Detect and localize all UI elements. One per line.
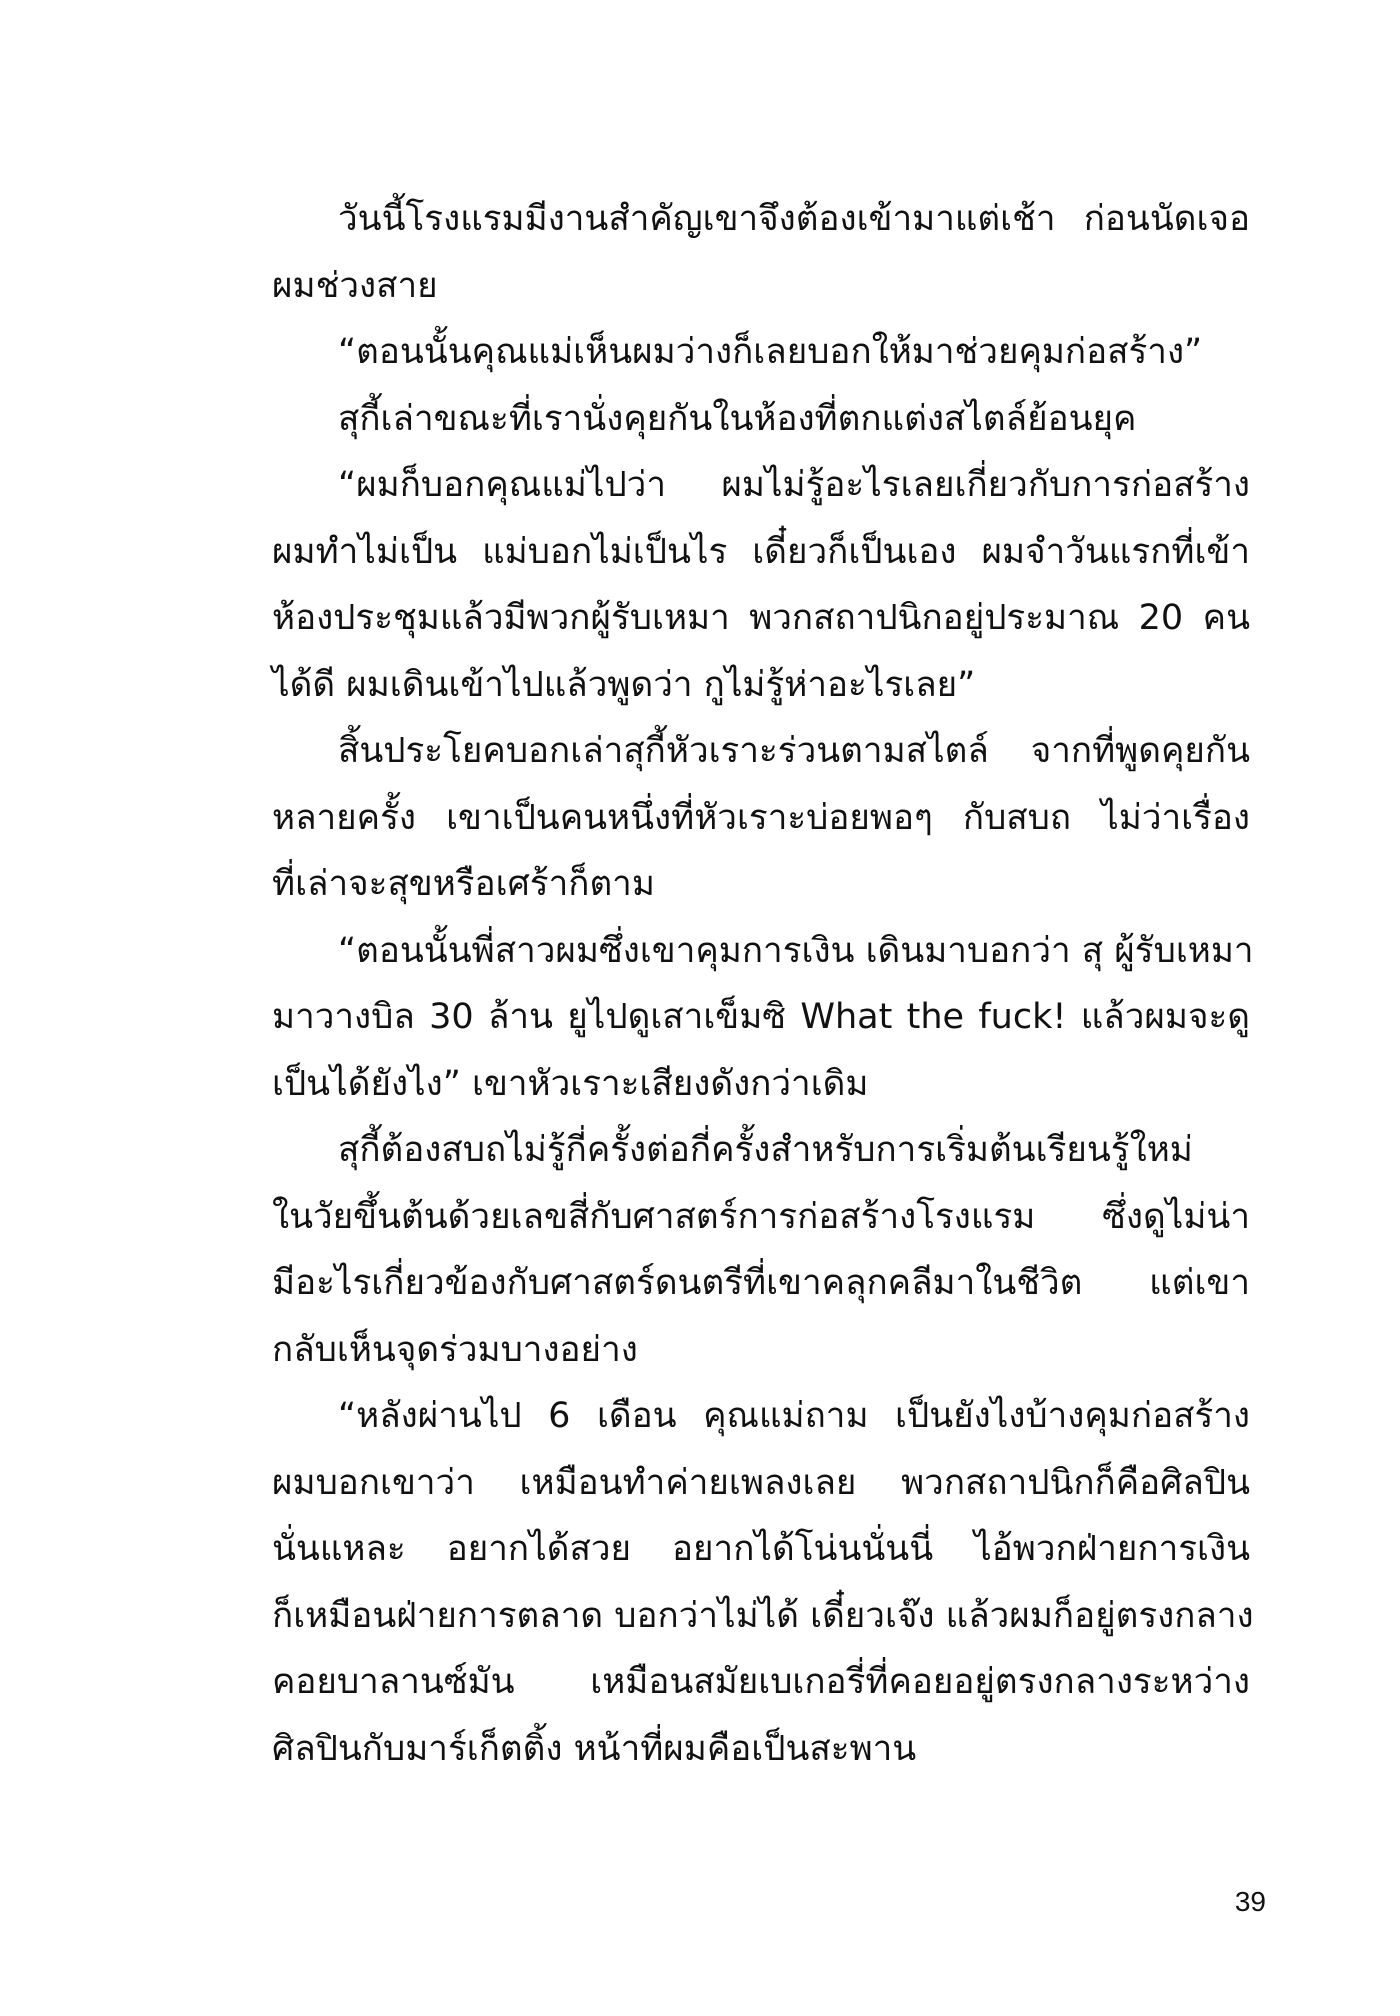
text-line: ได้ดี ผมเดินเข้าไปแล้วพูดว่า กูไม่รู้ห่า…	[272, 652, 1250, 719]
text-line: มีอะไรเกี่ยวข้องกับศาสตร์ดนตรีที่เขาคลุก…	[272, 1250, 1250, 1317]
page-number: 39	[1216, 1884, 1266, 1920]
text-line: ห้องประชุมแล้วมีพวกผู้รับเหมา พวกสถาปนิก…	[272, 585, 1250, 652]
book-page: วันนี้โรงแรมมีงานสำคัญเขาจึงต้องเข้ามาแต…	[0, 0, 1400, 2016]
text-line: ผมช่วงสาย	[272, 253, 1250, 320]
text-line: ศิลปินกับมาร์เก็ตติ้ง หน้าที่ผมคือเป็นสะ…	[272, 1716, 1250, 1783]
text-line: “ผมก็บอกคุณแม่ไปว่า ผมไม่รู้อะไรเลยเกี่ย…	[272, 452, 1250, 519]
text-line: สุกี้ต้องสบถไม่รู้กี่ครั้งต่อกี่ครั้งสำห…	[272, 1117, 1250, 1184]
text-line: คอยบาลานซ์มัน เหมือนสมัยเบเกอรี่ที่คอยอย…	[272, 1649, 1250, 1716]
text-line: “ตอนนั้นคุณแม่เห็นผมว่างก็เลยบอกให้มาช่ว…	[272, 319, 1250, 386]
text-line: เป็นได้ยังไง” เขาหัวเราะเสียงดังกว่าเดิม	[272, 1051, 1250, 1118]
text-line: วันนี้โรงแรมมีงานสำคัญเขาจึงต้องเข้ามาแต…	[272, 186, 1250, 253]
text-line: สุกี้เล่าขณะที่เรานั่งคุยกันในห้องที่ตกแ…	[272, 386, 1250, 453]
text-line: ที่เล่าจะสุขหรือเศร้าก็ตาม	[272, 851, 1250, 918]
text-line: หลายครั้ง เขาเป็นคนหนึ่งที่หัวเราะบ่อยพอ…	[272, 785, 1250, 852]
text-line: ก็เหมือนฝ่ายการตลาด บอกว่าไม่ได้ เดี๋ยวเ…	[272, 1583, 1250, 1650]
text-line: มาวางบิล 30 ล้าน ยูไปดูเสาเข็มซิ What th…	[272, 984, 1250, 1051]
text-line: “ตอนนั้นพี่สาวผมซึ่งเขาคุมการเงิน เดินมา…	[272, 918, 1250, 985]
body-text: วันนี้โรงแรมมีงานสำคัญเขาจึงต้องเข้ามาแต…	[272, 186, 1250, 1782]
text-line: กลับเห็นจุดร่วมบางอย่าง	[272, 1317, 1250, 1384]
text-line: นั่นแหละ อยากได้สวย อยากได้โน่นนั่นนี่ ไ…	[272, 1516, 1250, 1583]
text-line: “หลังผ่านไป 6 เดือน คุณแม่ถาม เป็นยังไงบ…	[272, 1383, 1250, 1450]
text-line: ผมบอกเขาว่า เหมือนทำค่ายเพลงเลย พวกสถาปน…	[272, 1450, 1250, 1517]
text-line: สิ้นประโยคบอกเล่าสุกี้หัวเราะร่วนตามสไตล…	[272, 718, 1250, 785]
text-line: ผมทำไม่เป็น แม่บอกไม่เป็นไร เดี๋ยวก็เป็น…	[272, 519, 1250, 586]
text-line: ในวัยขึ้นต้นด้วยเลขสี่กับศาสตร์การก่อสร้…	[272, 1184, 1250, 1251]
